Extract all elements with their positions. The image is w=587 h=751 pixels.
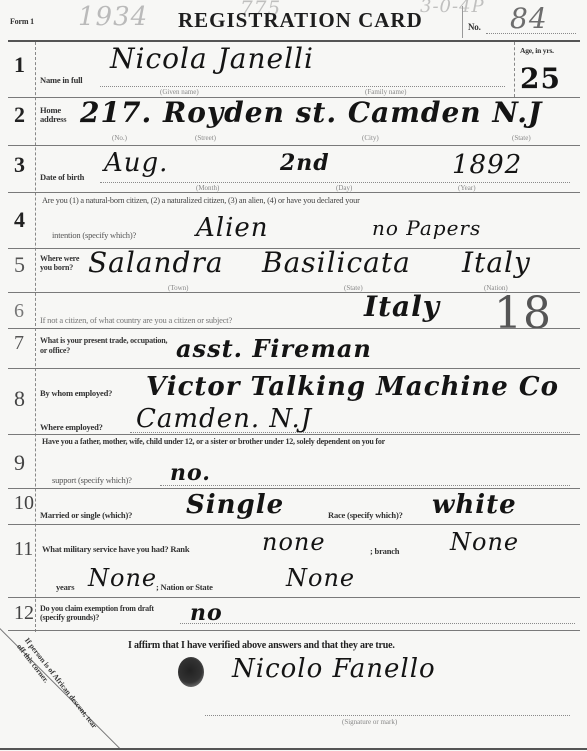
header-divider xyxy=(462,6,463,38)
marital-value: Single xyxy=(186,490,284,520)
military-years-value: None xyxy=(88,564,157,592)
employer-value: Victor Talking Machine Co xyxy=(146,372,559,402)
citizenship-question: Are you (1) a natural-born citizen, (2) … xyxy=(42,196,360,205)
name-label: Name in full xyxy=(40,75,82,85)
card-title: REGISTRATION CARD xyxy=(178,8,423,33)
signature-caption: (Signature or mark) xyxy=(342,718,397,726)
field-number-5: 5 xyxy=(14,252,25,278)
number-line xyxy=(486,33,576,34)
dependents-line xyxy=(160,485,570,486)
dependents-value: no. xyxy=(170,460,211,486)
field-number-2: 2 xyxy=(14,102,25,128)
military-years-label: years xyxy=(56,582,74,592)
row-divider-6 xyxy=(8,328,580,329)
birthplace-nation: Italy xyxy=(462,246,531,279)
name-value: Nicola Janelli xyxy=(110,42,314,75)
occupation-value: asst. Fireman xyxy=(176,334,372,363)
field-number-3: 3 xyxy=(14,152,25,178)
dob-day: 2nd xyxy=(280,150,330,176)
field-number-11: 11 xyxy=(14,538,33,561)
pencil-year: 1934 xyxy=(78,2,148,32)
affirmation-text: I affirm that I have verified above answ… xyxy=(128,640,395,651)
field-number-9: 9 xyxy=(14,450,25,476)
given-name-caption: (Given name) xyxy=(160,88,199,96)
pencil-note-18: 18 xyxy=(494,288,552,339)
military-branch-value: None xyxy=(450,528,519,556)
birthplace-town: Salandra xyxy=(88,246,224,279)
row-divider-7 xyxy=(8,368,580,369)
field-number-12: 12 xyxy=(14,602,34,625)
address-street-caption: (Street) xyxy=(195,134,216,142)
exemption-label: Do you claim exemption from draft (speci… xyxy=(40,604,172,622)
birthplace-town-caption: (Town) xyxy=(168,284,189,292)
bottom-edge xyxy=(0,748,587,750)
name-line xyxy=(100,86,505,87)
occupation-label: What is your present trade, occupation, … xyxy=(40,336,170,356)
address-state-caption: (State) xyxy=(512,134,531,142)
number-label: No. xyxy=(468,22,481,32)
pencil-code: 3-0-4P xyxy=(420,0,485,17)
age-divider xyxy=(514,42,515,97)
field-number-6: 6 xyxy=(14,300,24,323)
dob-month-caption: (Month) xyxy=(196,184,219,192)
age-label: Age, in yrs. xyxy=(520,46,554,55)
marital-label: Married or single (which)? xyxy=(40,510,132,520)
dependents-question: Have you a father, mother, wife, child u… xyxy=(42,437,385,446)
tear-off-corner: If person is of African descent, tear of… xyxy=(0,628,120,751)
military-nation-value: None xyxy=(286,564,355,592)
address-value: 217. Royden st. Camden N.J xyxy=(80,96,542,129)
birthplace-label: Where were you born? xyxy=(40,254,86,272)
form-label: Form 1 xyxy=(10,17,34,26)
citizenship-note: no Papers xyxy=(372,216,481,240)
dob-line xyxy=(100,182,570,183)
employed-where-label: Where employed? xyxy=(40,422,103,432)
dob-label: Date of birth xyxy=(40,172,84,182)
number-column-rule xyxy=(35,42,36,632)
military-branch-label: ; branch xyxy=(370,546,399,556)
employed-where-line xyxy=(130,432,570,433)
row-divider-3 xyxy=(8,192,580,193)
exemption-line xyxy=(180,623,575,624)
row-divider-2 xyxy=(8,145,580,146)
citizen-of-value: Italy xyxy=(364,290,440,323)
thumbprint-mark xyxy=(178,657,204,687)
birthplace-state: Basilicata xyxy=(262,246,411,279)
race-label: Race (specify which)? xyxy=(328,510,403,520)
dob-year-caption: (Year) xyxy=(458,184,476,192)
address-no-caption: (No.) xyxy=(112,134,127,142)
dob-month: Aug. xyxy=(104,148,168,178)
field-number-1: 1 xyxy=(14,52,25,78)
row-divider-8 xyxy=(8,434,580,435)
address-label: Home address xyxy=(40,106,74,124)
row-divider-11 xyxy=(8,597,580,598)
citizen-of-label: If not a citizen, of what country are yo… xyxy=(40,315,232,325)
age-value: 25 xyxy=(520,62,561,95)
employed-where-value: Camden. N.J xyxy=(136,404,312,434)
dob-day-caption: (Day) xyxy=(336,184,352,192)
military-rank-label: What military service have you had? Rank xyxy=(42,544,189,554)
field-number-7: 7 xyxy=(14,332,24,355)
card-number: 84 xyxy=(510,2,548,35)
dependents-label: support (specify which)? xyxy=(52,475,132,485)
address-city-caption: (City) xyxy=(362,134,379,142)
row-divider-9 xyxy=(8,488,580,489)
employer-label: By whom employed? xyxy=(40,388,112,398)
citizenship-value: Alien xyxy=(196,213,269,243)
citizenship-label: intention (specify which)? xyxy=(52,230,136,240)
corner-note: If person is of African descent, tear of… xyxy=(14,636,104,743)
military-rank-value: none xyxy=(262,528,326,556)
row-divider-10 xyxy=(8,524,580,525)
military-nation-label: ; Nation or State xyxy=(156,582,213,592)
field-number-4: 4 xyxy=(14,207,25,233)
race-value: white xyxy=(432,490,517,520)
birthplace-state-caption: (State) xyxy=(344,284,363,292)
field-number-8: 8 xyxy=(14,386,25,412)
signature-line xyxy=(205,715,570,716)
registration-card: Form 1 1934 775 3-0-4P REGISTRATION CARD… xyxy=(0,0,587,751)
dob-year: 1892 xyxy=(452,150,522,180)
signature: Nicolo Fanello xyxy=(232,654,436,684)
family-name-caption: (Family name) xyxy=(365,88,406,96)
field-number-10: 10 xyxy=(14,492,34,515)
